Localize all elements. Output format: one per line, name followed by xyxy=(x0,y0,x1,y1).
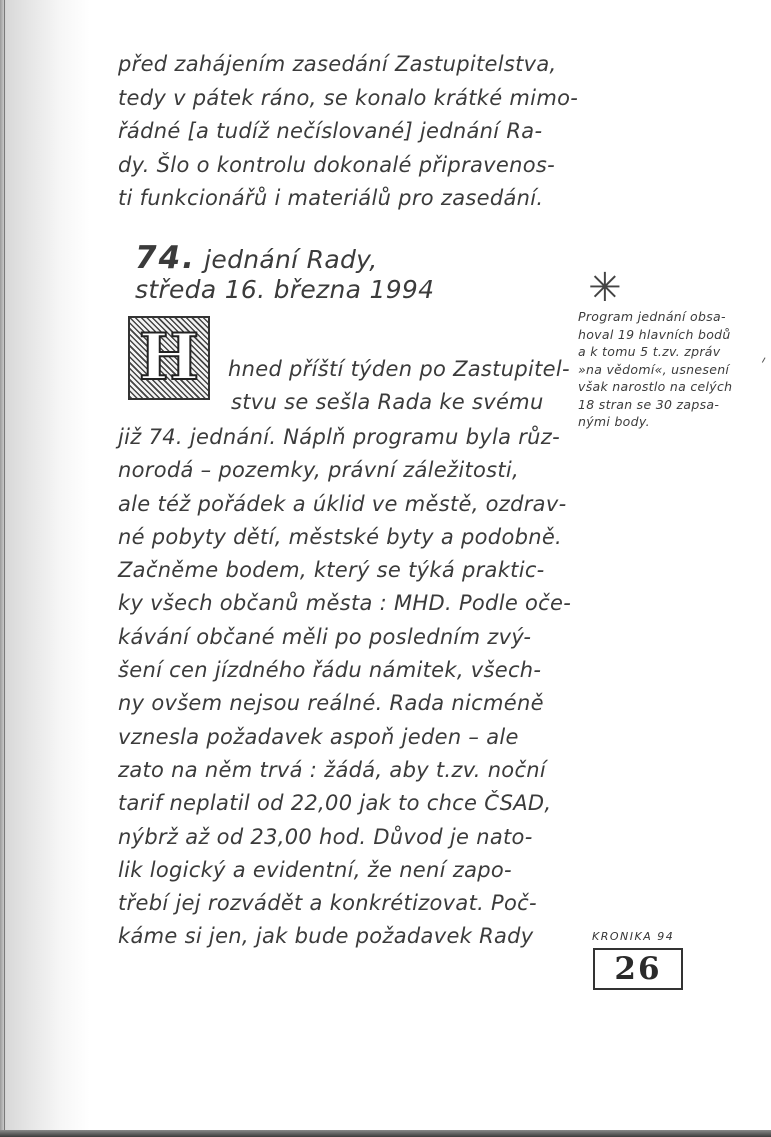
text-line: norodá – pozemky, právní záležitosti, xyxy=(118,454,588,487)
page-gutter-shadow xyxy=(0,0,90,1137)
scan-bottom-edge xyxy=(0,1130,771,1137)
text-line: hned příští týden po Zastupitel- xyxy=(228,353,570,386)
text-line: třebí jej rozvádět a konkrétizovat. Poč- xyxy=(118,887,588,920)
text-line: ky všech občanů města : MHD. Podle oče- xyxy=(118,587,588,620)
footnote-line: 18 stran se 30 zapsa- xyxy=(578,396,771,414)
text-line: tedy v pátek ráno, se konalo krátké mimo… xyxy=(118,82,578,116)
meeting-title: jednání Rady, xyxy=(204,245,377,274)
text-line: ti funkcionářů i materiálů pro zasedání. xyxy=(118,182,578,216)
footnote-line: »na vědomí«, usnesení xyxy=(578,361,771,379)
page-number: 26 xyxy=(614,951,661,987)
text-line: kávání občané měli po posledním zvý- xyxy=(118,621,588,654)
body-paragraph: již 74. jednání. Náplň programu byla růz… xyxy=(118,421,588,954)
meeting-number: 74. xyxy=(135,240,196,276)
initial-letter: H xyxy=(139,326,199,390)
footnote-line: a k tomu 5 t.zv. zpráv xyxy=(578,343,771,361)
intro-paragraph: před zahájením zasedání Zastupitelstva, … xyxy=(118,48,578,216)
page-number-box: 26 xyxy=(593,948,683,990)
footnote-line: hoval 19 hlavních bodů xyxy=(578,326,771,344)
text-line: stvu se sešla Rada ke svému xyxy=(228,386,570,419)
text-line: ny ovšem nejsou reálné. Rada nicméně xyxy=(118,687,588,720)
section-heading: 74. jednání Rady, středa 16. března 1994 xyxy=(135,243,495,305)
margin-footnote: Program jednání obsa- hoval 19 hlavních … xyxy=(578,308,771,431)
meeting-date: středa 16. března 1994 xyxy=(135,275,495,305)
text-line: již 74. jednání. Náplň programu byla růz… xyxy=(118,421,588,454)
footnote-line: však narostlo na celých xyxy=(578,378,771,396)
chronicle-label: KRONIKA 94 xyxy=(592,930,674,943)
text-line: lik logický a evidentní, že není zapo- xyxy=(118,854,588,887)
text-line: šení cen jízdného řádu námitek, všech- xyxy=(118,654,588,687)
text-line: vznesla požadavek aspoň jeden – ale xyxy=(118,721,588,754)
text-line: tarif neplatil od 22,00 jak to chce ČSAD… xyxy=(118,787,588,820)
text-line: né pobyty dětí, městské byty a podobně. xyxy=(118,521,588,554)
footnote-asterisk-icon: ✳ xyxy=(588,268,622,308)
text-line: káme si jen, jak bude požadavek Rady xyxy=(118,920,588,953)
text-line: dy. Šlo o kontrolu dokonalé připravenos- xyxy=(118,149,578,183)
text-line: zato na něm trvá : žádá, aby t.zv. noční xyxy=(118,754,588,787)
text-line: Začněme bodem, který se týká praktic- xyxy=(118,554,588,587)
text-line: řádné [a tudíž nečíslované] jednání Ra- xyxy=(118,115,578,149)
text-line: před zahájením zasedání Zastupitelstva, xyxy=(118,48,578,82)
body-opening-lines: hned příští týden po Zastupitel- stvu se… xyxy=(228,353,570,419)
footnote-line: Program jednání obsa- xyxy=(578,308,771,326)
text-line: ale též pořádek a úklid ve městě, ozdrav… xyxy=(118,488,588,521)
decorative-initial: H xyxy=(128,316,210,400)
binding-edge xyxy=(4,0,5,1137)
text-line: nýbrž až od 23,00 hod. Důvod je nato- xyxy=(118,821,588,854)
footnote-line: nými body. xyxy=(578,413,771,431)
